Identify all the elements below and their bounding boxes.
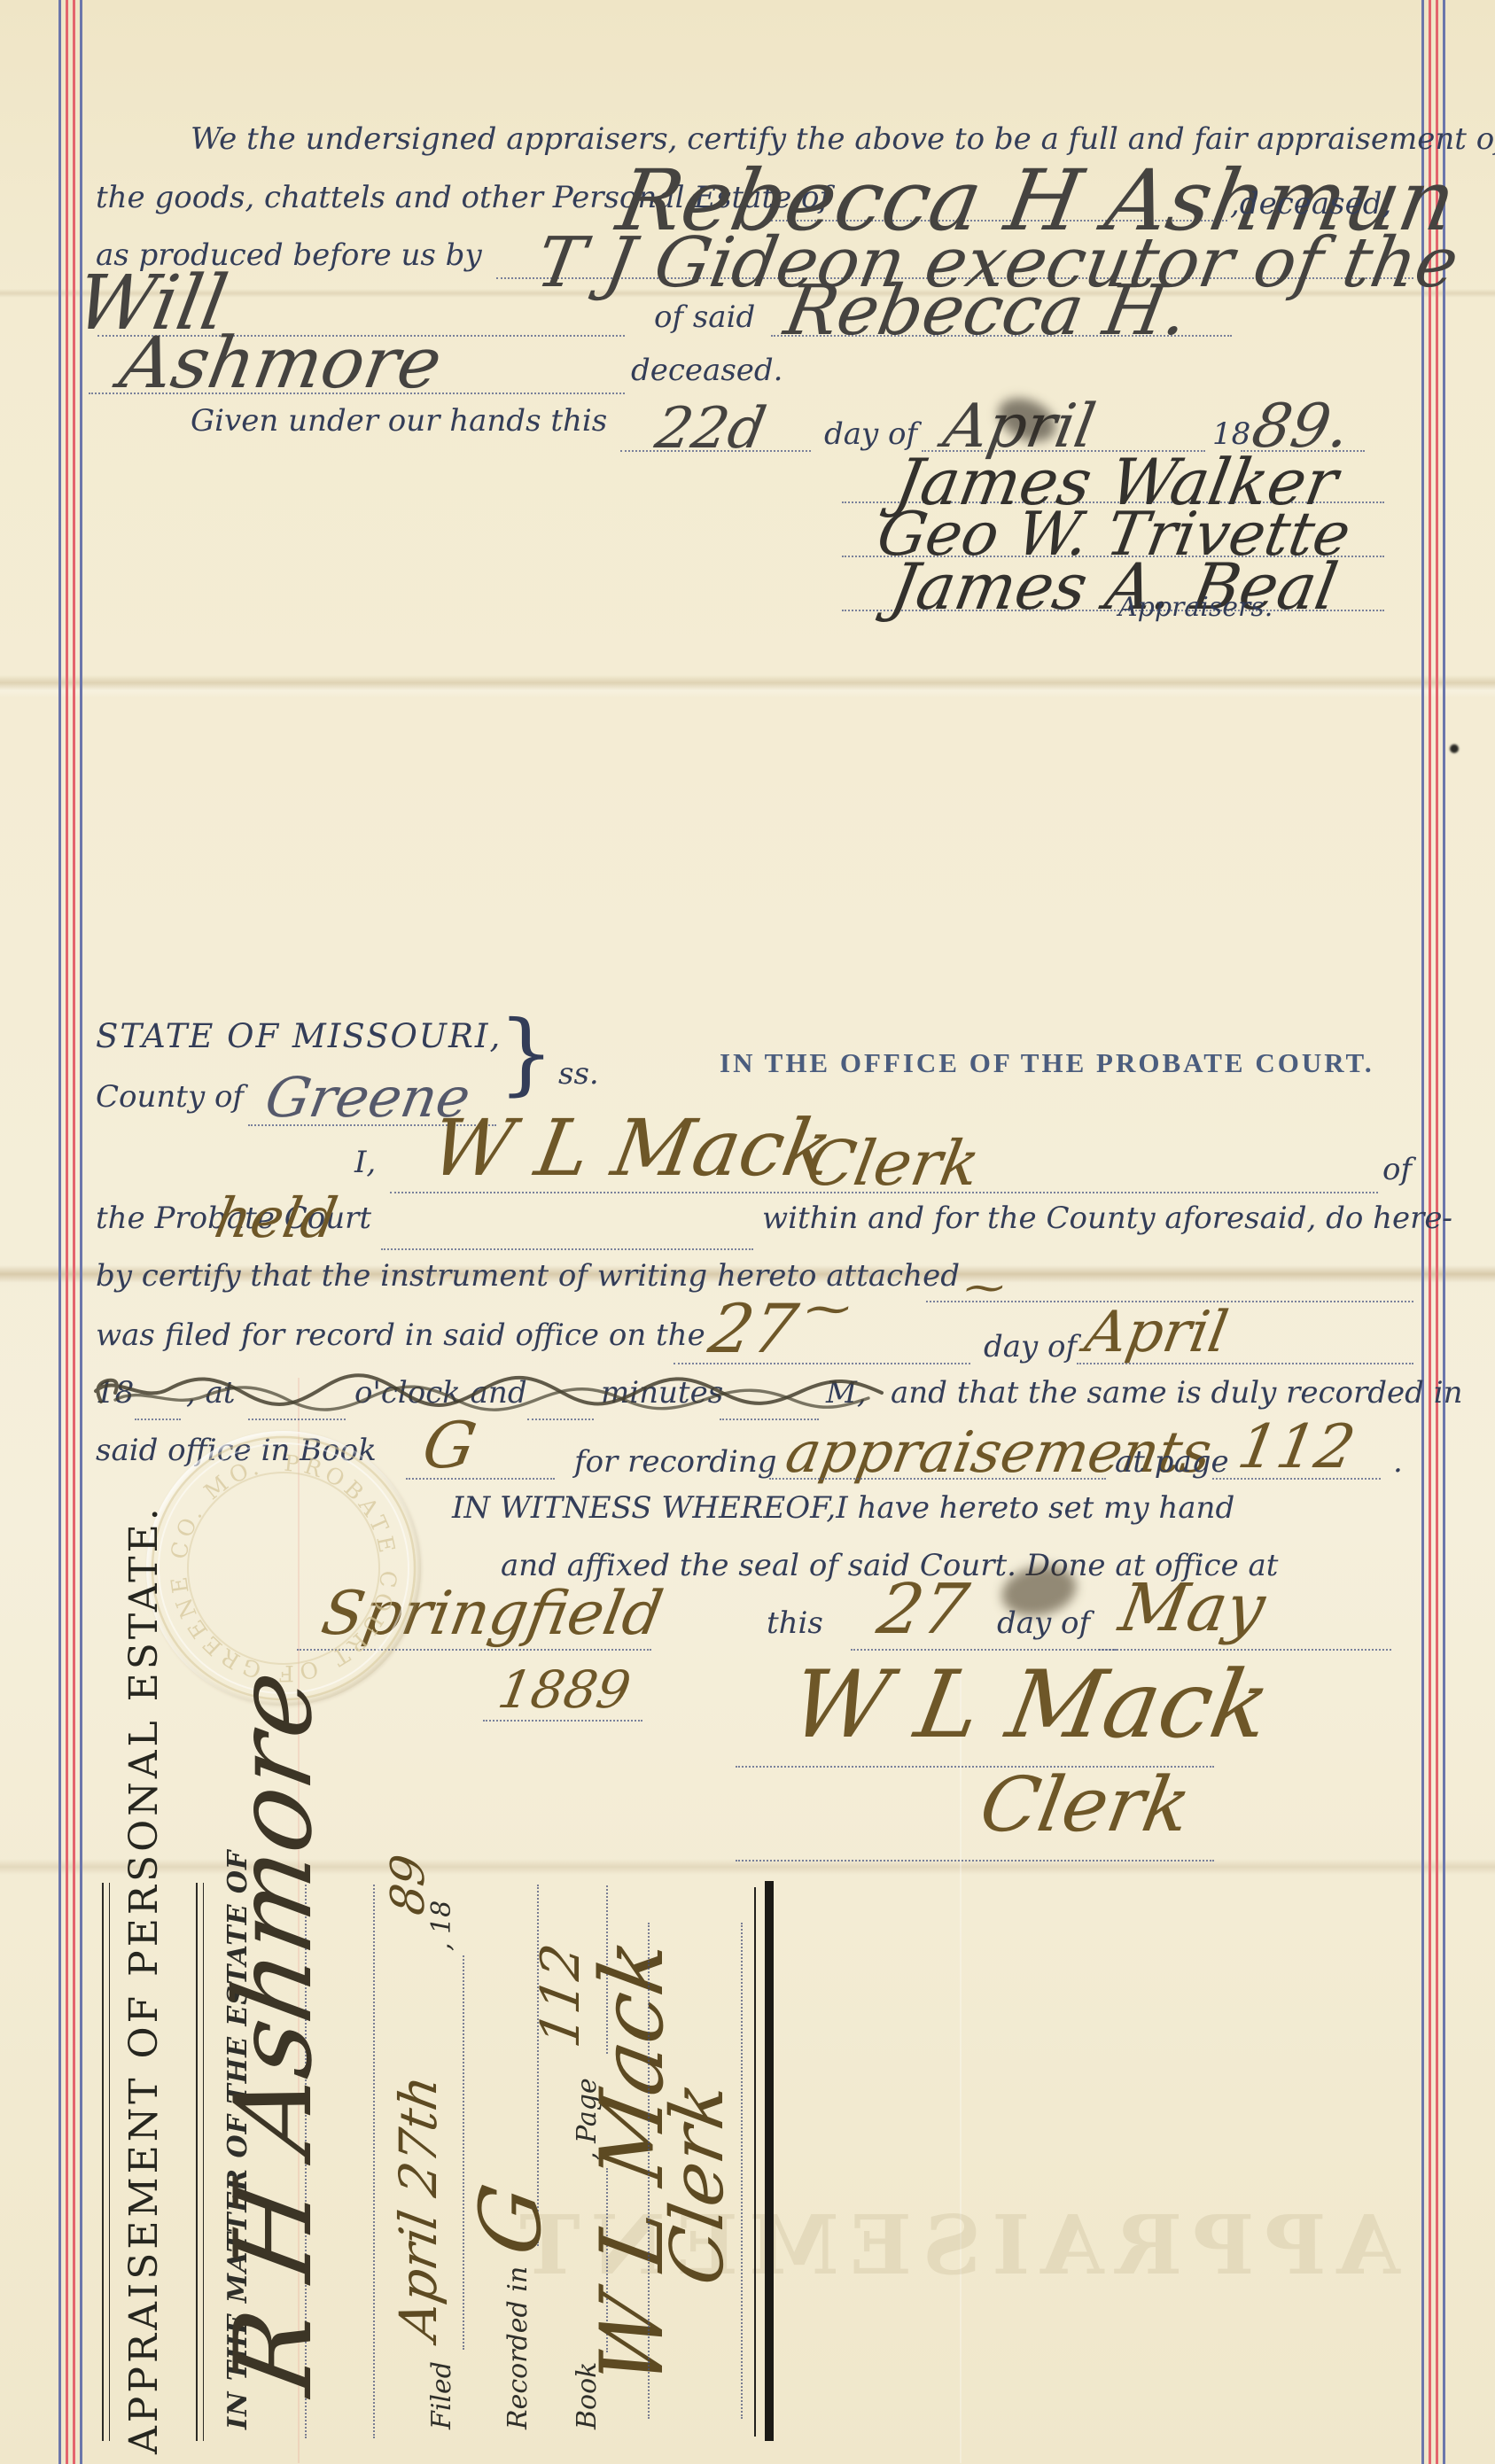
certificate-line-1: We the undersigned appraisers, certify t…: [191, 121, 1495, 157]
docket-dotted-line: [647, 1923, 650, 2419]
docket-handwritten-page: 112: [534, 1940, 588, 2051]
bleed-through-text: APPRAISEMENT: [744, 2197, 1400, 2293]
ss-label: ss.: [558, 1056, 599, 1092]
clerk-title-signature: Clerk: [975, 1768, 1196, 1843]
leader-line: [771, 334, 1232, 337]
embossed-court-seal: PROBATE COURT OF GREENE CO. MO.: [146, 1431, 421, 1706]
signature-line: [736, 1859, 1214, 1862]
deceased-label-2: deceased.: [631, 353, 783, 388]
handwritten-page: 112: [1234, 1418, 1359, 1478]
duly-recorded-text: and that the same is duly recorded in: [891, 1375, 1462, 1411]
leader-line: [1212, 1477, 1381, 1480]
handwritten-filed-month: April: [1081, 1304, 1232, 1361]
probate-office-stamp: IN THE OFFICE OF THE PROBATE COURT.: [720, 1047, 1374, 1079]
vertical-crease: [960, 1675, 962, 2463]
handwritten-witness-day: 27: [873, 1575, 973, 1644]
leader-line: [89, 392, 625, 394]
filed-for-record-text: was filed for record in said office on t…: [96, 1318, 705, 1353]
of-said-label: of said: [654, 299, 755, 335]
witness-line-1: IN WITNESS WHEREOF,I have hereto set my …: [452, 1490, 1234, 1526]
docket-title: APPRAISEMENT OF PERSONAL ESTATE.: [121, 1869, 167, 2454]
leader-line: [381, 1248, 753, 1250]
handwritten-surname: Ashmore: [115, 328, 447, 399]
handwritten-held: held: [211, 1191, 341, 1246]
docket-recorded-label: Recorded in: [502, 2266, 533, 2429]
docket-rule: [196, 1883, 204, 2441]
brace-glyph: }: [498, 1001, 555, 1105]
docket-handwritten-name: R H Ashmore: [222, 1664, 328, 2401]
docket-dotted-line: [372, 1885, 375, 2438]
leader-line: [406, 1477, 555, 1480]
deceased-label: ,deceased,: [1230, 186, 1391, 222]
handwritten-clerk-word: Clerk: [802, 1132, 985, 1194]
docket-filed-label: Filed: [426, 2361, 457, 2429]
handwritten-day: 22d: [651, 400, 770, 457]
svg-text:PROBATE COURT OF GREENE CO. MO: PROBATE COURT OF GREENE CO. MO.: [166, 1450, 402, 1686]
leader-line: [483, 1719, 642, 1722]
leader-line: [390, 1191, 1378, 1193]
strike-through-squiggle: [89, 1364, 904, 1426]
at-page-label: at page: [1115, 1444, 1229, 1480]
fold-crease: [0, 675, 1495, 698]
i-label: I,: [354, 1145, 376, 1180]
this-label: this: [767, 1605, 823, 1641]
for-recording-label: for recording: [574, 1444, 777, 1480]
docket-dotted-line: [462, 1955, 464, 2350]
leader-line: [769, 1477, 1106, 1480]
margin-line-blue: [58, 0, 61, 2464]
handwritten-filed-day: 27: [705, 1295, 802, 1363]
day-of-label-2: day of: [984, 1329, 1077, 1364]
docket-handwritten-book: G: [470, 2179, 554, 2261]
handwritten-flourish: ⁓: [802, 1286, 854, 1331]
docket-handwritten-year: 89: [385, 1852, 432, 1918]
docket-rule: [102, 1883, 110, 2441]
of-label: of: [1382, 1152, 1412, 1187]
county-label: County of: [96, 1079, 244, 1115]
clerk-signature: W L Mack: [784, 1659, 1276, 1752]
day-of-label-3: day of: [997, 1605, 1090, 1641]
docket-thin-rule: [754, 1887, 756, 2437]
docket-dotted-line: [740, 1923, 743, 2419]
appraisers-label: Appraisers.: [1118, 592, 1273, 623]
handwritten-clerk-name: W L Mack: [425, 1109, 838, 1187]
period: .: [1393, 1444, 1403, 1480]
state-heading: STATE OF MISSOURI,: [96, 1017, 502, 1055]
handwritten-witness-year: 1889: [494, 1664, 635, 1715]
handwritten-check-mark: ⁓: [962, 1269, 1008, 1308]
handwritten-witness-month: May: [1115, 1575, 1270, 1641]
ink-dot: [1450, 744, 1459, 753]
docket-thick-rule: [765, 1881, 774, 2441]
given-under-hands: Given under our hands this: [191, 403, 607, 439]
appraiser-signature-3: James A. Beal: [886, 555, 1342, 618]
within-county-text: within and for the County aforesaid, do …: [762, 1201, 1452, 1236]
document-page: We the undersigned appraisers, certify t…: [0, 0, 1495, 2464]
handwritten-book: G: [418, 1413, 480, 1477]
docket-clerk-title: Clerk: [662, 2077, 735, 2290]
filing-docket: APPRAISEMENT OF PERSONAL ESTATE. IN THE …: [66, 1869, 802, 2454]
docket-handwritten-filed-date: April 27th: [393, 2071, 444, 2344]
seal-arc-text: PROBATE COURT OF GREENE CO. MO.: [166, 1450, 402, 1686]
